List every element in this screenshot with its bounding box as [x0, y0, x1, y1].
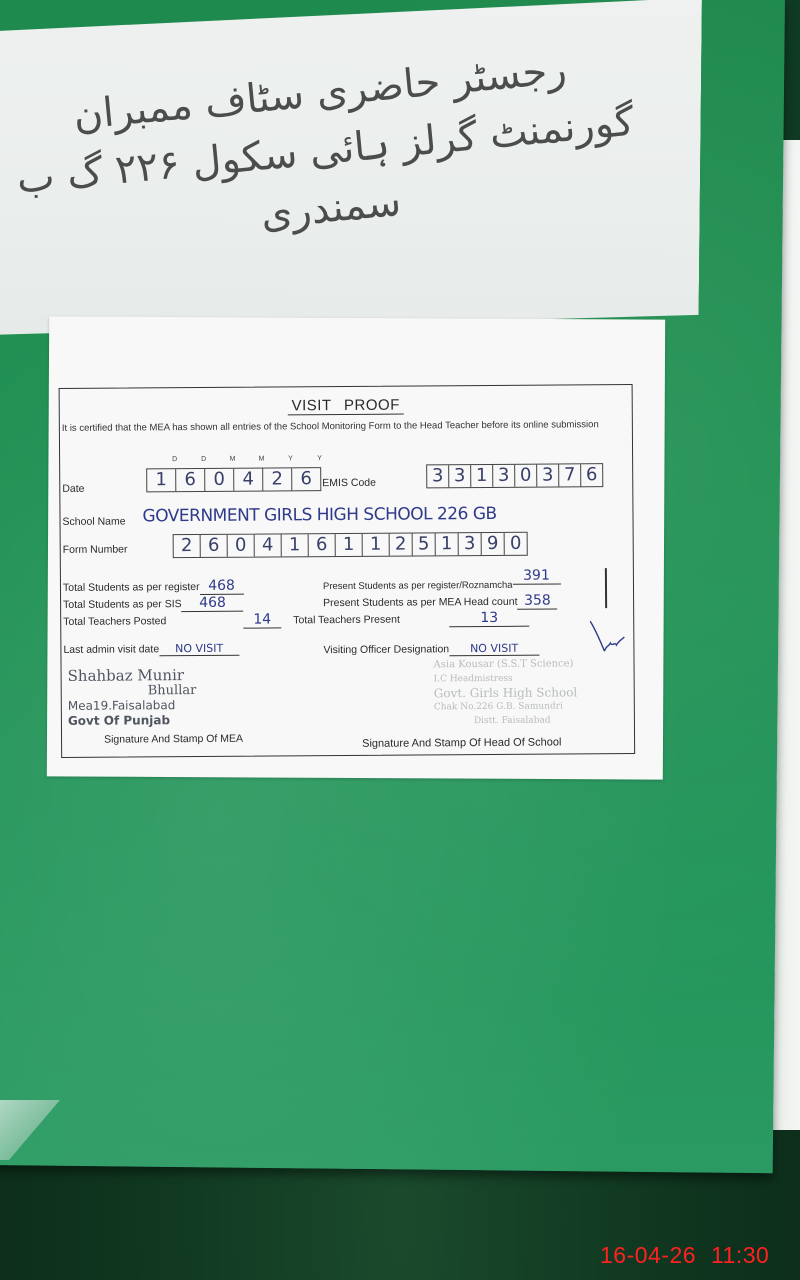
register-title-label: رجسٹر حاضری سٹاف ممبران گورنمنٹ گرلز ہائ… — [0, 0, 702, 342]
school-name-value: GOVERNMENT GIRLS HIGH SCHOOL 226 GB — [142, 504, 496, 526]
emis-digit: 0 — [515, 465, 537, 487]
present-students-mea-field: Present Students as per MEA Head count35… — [323, 592, 557, 611]
school-name-label: School Name — [62, 515, 125, 527]
emis-digit: 3 — [427, 465, 449, 487]
emis-digit: 3 — [537, 464, 559, 486]
date-digit: 6 — [292, 468, 320, 490]
mea-stamp-name: Shahbaz Munir — [68, 668, 268, 684]
present-students-register-field: Present Students as per register/Roznamc… — [323, 575, 561, 594]
emis-digit: 3 — [449, 465, 471, 487]
date-digit: 0 — [205, 469, 234, 491]
form-number-label: Form Number — [63, 543, 128, 555]
emis-digit: 1 — [471, 465, 493, 487]
date-label: Date — [62, 483, 84, 495]
camera-timestamp: 16-04-26 11:30 — [600, 1242, 769, 1269]
form-digit: 5 — [413, 533, 436, 555]
visit-proof-form: VISIT PROOF It is certified that the MEA… — [59, 384, 636, 758]
emis-digit: 6 — [581, 464, 602, 486]
form-digit: 4 — [255, 534, 282, 556]
form-digit: 2 — [390, 533, 413, 555]
form-digit: 1 — [336, 534, 363, 556]
date-box-headers: D D M M Y Y — [160, 455, 334, 463]
head-stamp-line: Asia Kousar (S.S.T Science) — [433, 657, 633, 672]
date-digit: 6 — [176, 469, 205, 491]
head-signature-label: Signature And Stamp Of Head Of School — [362, 736, 561, 749]
head-school-stamp: Asia Kousar (S.S.T Science) I.C Headmist… — [433, 657, 633, 728]
total-teachers-present-field: Total Teachers Present13 — [293, 610, 529, 629]
mea-stamp: Shahbaz Munir Bhullar Mea19.Faisalabad G… — [68, 668, 268, 729]
last-admin-visit-field: Last admin visit dateNO VISIT — [63, 642, 239, 657]
form-digit: 1 — [282, 534, 309, 556]
head-stamp-line: Distt. Faisalabad — [434, 713, 634, 728]
form-digit: 6 — [309, 534, 336, 556]
date-digit: 4 — [234, 469, 263, 491]
visiting-officer-field: Visiting Officer DesignationNO VISIT — [323, 642, 539, 658]
form-digit: 9 — [482, 533, 505, 555]
form-digit: 0 — [228, 535, 255, 557]
head-stamp-line: Chak No.226 G.B. Samundri — [434, 699, 634, 714]
head-stamp-line: I.C Headmistress — [434, 671, 634, 686]
date-boxes: 1 6 0 4 2 6 — [146, 467, 321, 492]
date-digit: 1 — [147, 469, 176, 491]
date-digit: 2 — [263, 468, 292, 490]
form-digit: 1 — [436, 533, 459, 555]
emis-code-boxes: 3 3 1 3 0 3 7 6 — [426, 463, 603, 488]
form-digit: 0 — [505, 533, 527, 555]
urdu-handwritten-title: رجسٹر حاضری سٹاف ممبران گورنمنٹ گرلز ہائ… — [9, 35, 648, 322]
mea-stamp-office: Mea19.Faisalabad — [68, 698, 268, 714]
form-number-boxes: 2 6 0 4 1 6 1 1 2 5 1 3 9 0 — [173, 532, 528, 558]
mea-signature-label: Signature And Stamp Of MEA — [104, 733, 243, 746]
form-digit: 3 — [459, 533, 482, 555]
margin-mark — [605, 568, 607, 608]
mea-stamp-govt: Govt Of Punjab — [68, 713, 268, 729]
form-title: VISIT PROOF — [60, 395, 632, 416]
form-digit: 1 — [363, 534, 390, 556]
form-digit: 2 — [174, 535, 201, 557]
head-stamp-line: Govt. Girls High School — [434, 685, 634, 700]
emis-digit: 7 — [559, 464, 581, 486]
total-students-sis-field: Total Students as per SIS468 — [63, 595, 244, 613]
form-digit: 6 — [201, 535, 228, 557]
head-signature-icon — [586, 617, 628, 659]
emis-digit: 3 — [493, 465, 515, 487]
mea-stamp-surname: Bhullar — [68, 683, 268, 699]
visit-proof-card: VISIT PROOF It is certified that the MEA… — [47, 316, 665, 779]
total-students-register-field: Total Students as per register468 — [63, 578, 244, 596]
total-teachers-posted-field: Total Teachers Posted14 — [63, 611, 281, 630]
certification-text: It is certified that the MEA has shown a… — [62, 417, 622, 437]
emis-code-label: EMIS Code — [322, 477, 376, 489]
